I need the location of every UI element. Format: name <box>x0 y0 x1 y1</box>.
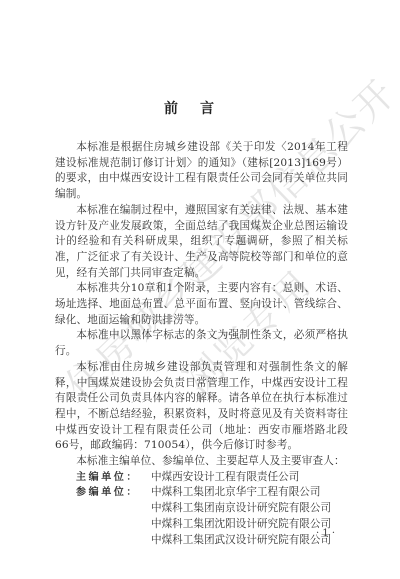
paragraph-basis: 本标准是根据住房城乡建设部《关于印发〈2014年工程建设标准规范制订修订计划〉的… <box>55 140 348 203</box>
participating-unit-value: 中煤科工集团南京设计研究院有限公司 <box>55 501 348 517</box>
paragraph-management: 本标准由住房城乡建设部负责管理和对强制性条文的解释，中国煤炭建设协会负责日常管理… <box>55 360 348 454</box>
participating-unit-value: 中煤科工集团沈阳设计研究院有限公司 <box>55 517 348 533</box>
participating-unit-label: 参编单位： <box>55 485 151 501</box>
page-title: 前言 <box>0 98 400 118</box>
paragraph-mandatory: 本标准中以黑体字标志的条文为强制性条文，必须严格执行。 <box>55 328 348 359</box>
participating-unit-value: 中煤科工集团北京华宇工程有限公司 <box>151 485 348 501</box>
document-body: 本标准是根据住房城乡建设部《关于印发〈2014年工程建设标准规范制订修订计划〉的… <box>55 140 348 548</box>
page-number: · 1 · <box>316 528 335 539</box>
participating-unit-row: 参编单位： 中煤科工集团北京华宇工程有限公司 <box>55 485 348 501</box>
chief-unit-row: 主编单位： 中煤西安设计工程有限责任公司 <box>55 470 348 486</box>
paragraph-process: 本标准在编制过程中，遵照国家有关法律、法规、基本建设方针及产业发展政策，全面总结… <box>55 203 348 282</box>
chief-unit-value: 中煤西安设计工程有限责任公司 <box>151 470 348 486</box>
chief-unit-label: 主编单位： <box>55 470 151 486</box>
paragraph-contents: 本标准共分10章和1个附录，主要内容有：总则、术语、场址选择、地面总布置、总平面… <box>55 281 348 328</box>
participating-unit-value: 中煤科工集团武汉设计研究院有限公司 <box>55 533 348 549</box>
paragraph-units-intro: 本标准主编单位、参编单位、主要起草人及主要审查人： <box>55 454 348 470</box>
